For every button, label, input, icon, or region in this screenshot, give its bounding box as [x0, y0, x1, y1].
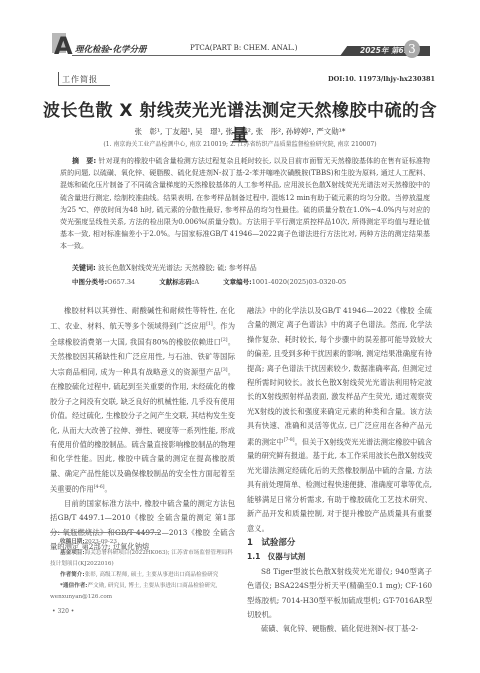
subsection-heading: 1.1 仪器与试剂 — [247, 550, 432, 564]
abstract-label: 摘 要: — [72, 157, 96, 165]
journal-name-cn: 理化检验-化学分册 — [75, 43, 147, 55]
clc-label: 中图分类号: — [72, 278, 107, 286]
doi[interactable]: DOI:10. 11973/lhjy-hx230381 — [328, 75, 435, 83]
keywords-text: 波长色散X射线荧光光谱法; 天然橡胶; 硫; 参考样品 — [98, 264, 257, 272]
section-tag-rule — [58, 85, 110, 86]
keywords-label: 关键词: — [72, 264, 96, 272]
abstract-text: 针对现有的橡胶中硫含量检测方法过程复杂且耗时较长, 以及目前市面暂无天然橡胶基体… — [60, 157, 430, 250]
paragraph: 融法》中的化学法以及GB/T 41946—2022《橡胶 全硫含量的测定 离子色… — [247, 304, 432, 536]
value: 张彰, 高级工程师, 硕士, 主要从事进出口商品检验研究 — [85, 572, 219, 578]
abstract: 摘 要: 针对现有的橡胶中硫含量检测方法过程复杂且耗时较长, 以及目前市面暂无天… — [60, 155, 430, 253]
section-heading: 1 试验部分 — [247, 536, 432, 550]
header-rule — [72, 55, 342, 56]
footnote-author: 作者简介:张彰, 高级工程师, 硕士, 主要从事进出口商品检验研究 — [50, 570, 235, 581]
paragraph: 橡胶材料以其弹性、耐酸碱性和耐候性等特性, 在化工、农业、材料、航天等多个领域得… — [50, 304, 235, 497]
label: 基金项目: — [60, 550, 85, 556]
article-no-value: 1001-4020(2025)03-0320-05 — [252, 278, 346, 286]
body-left-column: 橡胶材料以其弹性、耐酸碱性和耐候性等特性, 在化工、农业、材料、航天等多个领域得… — [50, 304, 235, 555]
footnote-rule — [50, 532, 160, 533]
journal-name-en: PTCA(PART B: CHEM. ANAL.) — [190, 44, 297, 52]
value: 2023-09-23 — [85, 539, 117, 545]
doc-code-value: A — [194, 278, 199, 286]
body-right-column: 融法》中的化学法以及GB/T 41946—2022《橡胶 全硫含量的测定 离子色… — [247, 304, 432, 637]
label: 作者简介: — [60, 572, 85, 578]
keywords: 关键词: 波长色散X射线荧光光谱法; 天然橡胶; 硫; 参考样品 — [72, 263, 432, 273]
footnote-corresponding: *通信作者:严文勋, 研究员, 博士, 主要从事进出口商品检验研究, wenxu… — [50, 581, 235, 603]
text: 。 — [105, 485, 112, 494]
page-number: • 320 • — [52, 608, 74, 615]
section-tag: 工作简报 — [58, 72, 98, 85]
issue-number: 3 — [404, 40, 420, 58]
authors: 张 彰¹, 丁友超¹, 吴 璟¹, 张 越², 张 彤², 孙婷婷², 严文勋¹… — [40, 126, 440, 137]
doc-code-label: 文献标志码: — [159, 278, 194, 286]
paragraph: S8 Tiger型波长色散X射线荧光光谱仪; 940型离子色谱仪; BSA224… — [247, 565, 432, 623]
footnote-fund: 基金项目:海关总署科研项目(2022HK063); 江苏省市场监督管理局科技计划… — [50, 548, 235, 570]
footnote-received: 收稿日期:2023-09-23 — [50, 537, 235, 548]
citation[interactable]: [7-8] — [284, 438, 295, 443]
clc-value: O657.34 — [107, 278, 135, 286]
affiliations: (1. 南京海关工业产品检测中心, 南京 210019; 2. 江苏省纺织产品质… — [40, 139, 440, 148]
text: 。但关于X射线荧光光谱法测定橡胶中硫含量的研究鲜有报道。基于此, 本工作采用波长… — [247, 437, 432, 532]
article-no-label: 文章编号: — [223, 278, 252, 286]
citation[interactable]: [4-6] — [94, 485, 105, 490]
text: 。在橡胶硫化过程中, 硫起到至关重要的作用, 未经硫化的橡胶分子之间没有交联, … — [50, 368, 235, 494]
logo-letter: A — [54, 35, 73, 57]
journal-logo: A — [52, 33, 72, 57]
paragraph: 硫磺、氧化锌、硬脂酸、硫化促进剂N-叔丁基-2- — [247, 622, 432, 636]
label: *通信作者: — [60, 583, 88, 589]
text: 融法》中的化学法以及GB/T 41946—2022《橡胶 全硫含量的测定 离子色… — [247, 306, 432, 446]
footnotes: 收稿日期:2023-09-23 基金项目:海关总署科研项目(2022HK063)… — [50, 537, 235, 603]
classification-line: 中图分类号:O657.34 文献标志码:A 文章编号:1001-4020(202… — [72, 277, 432, 286]
label: 收稿日期: — [60, 539, 85, 545]
